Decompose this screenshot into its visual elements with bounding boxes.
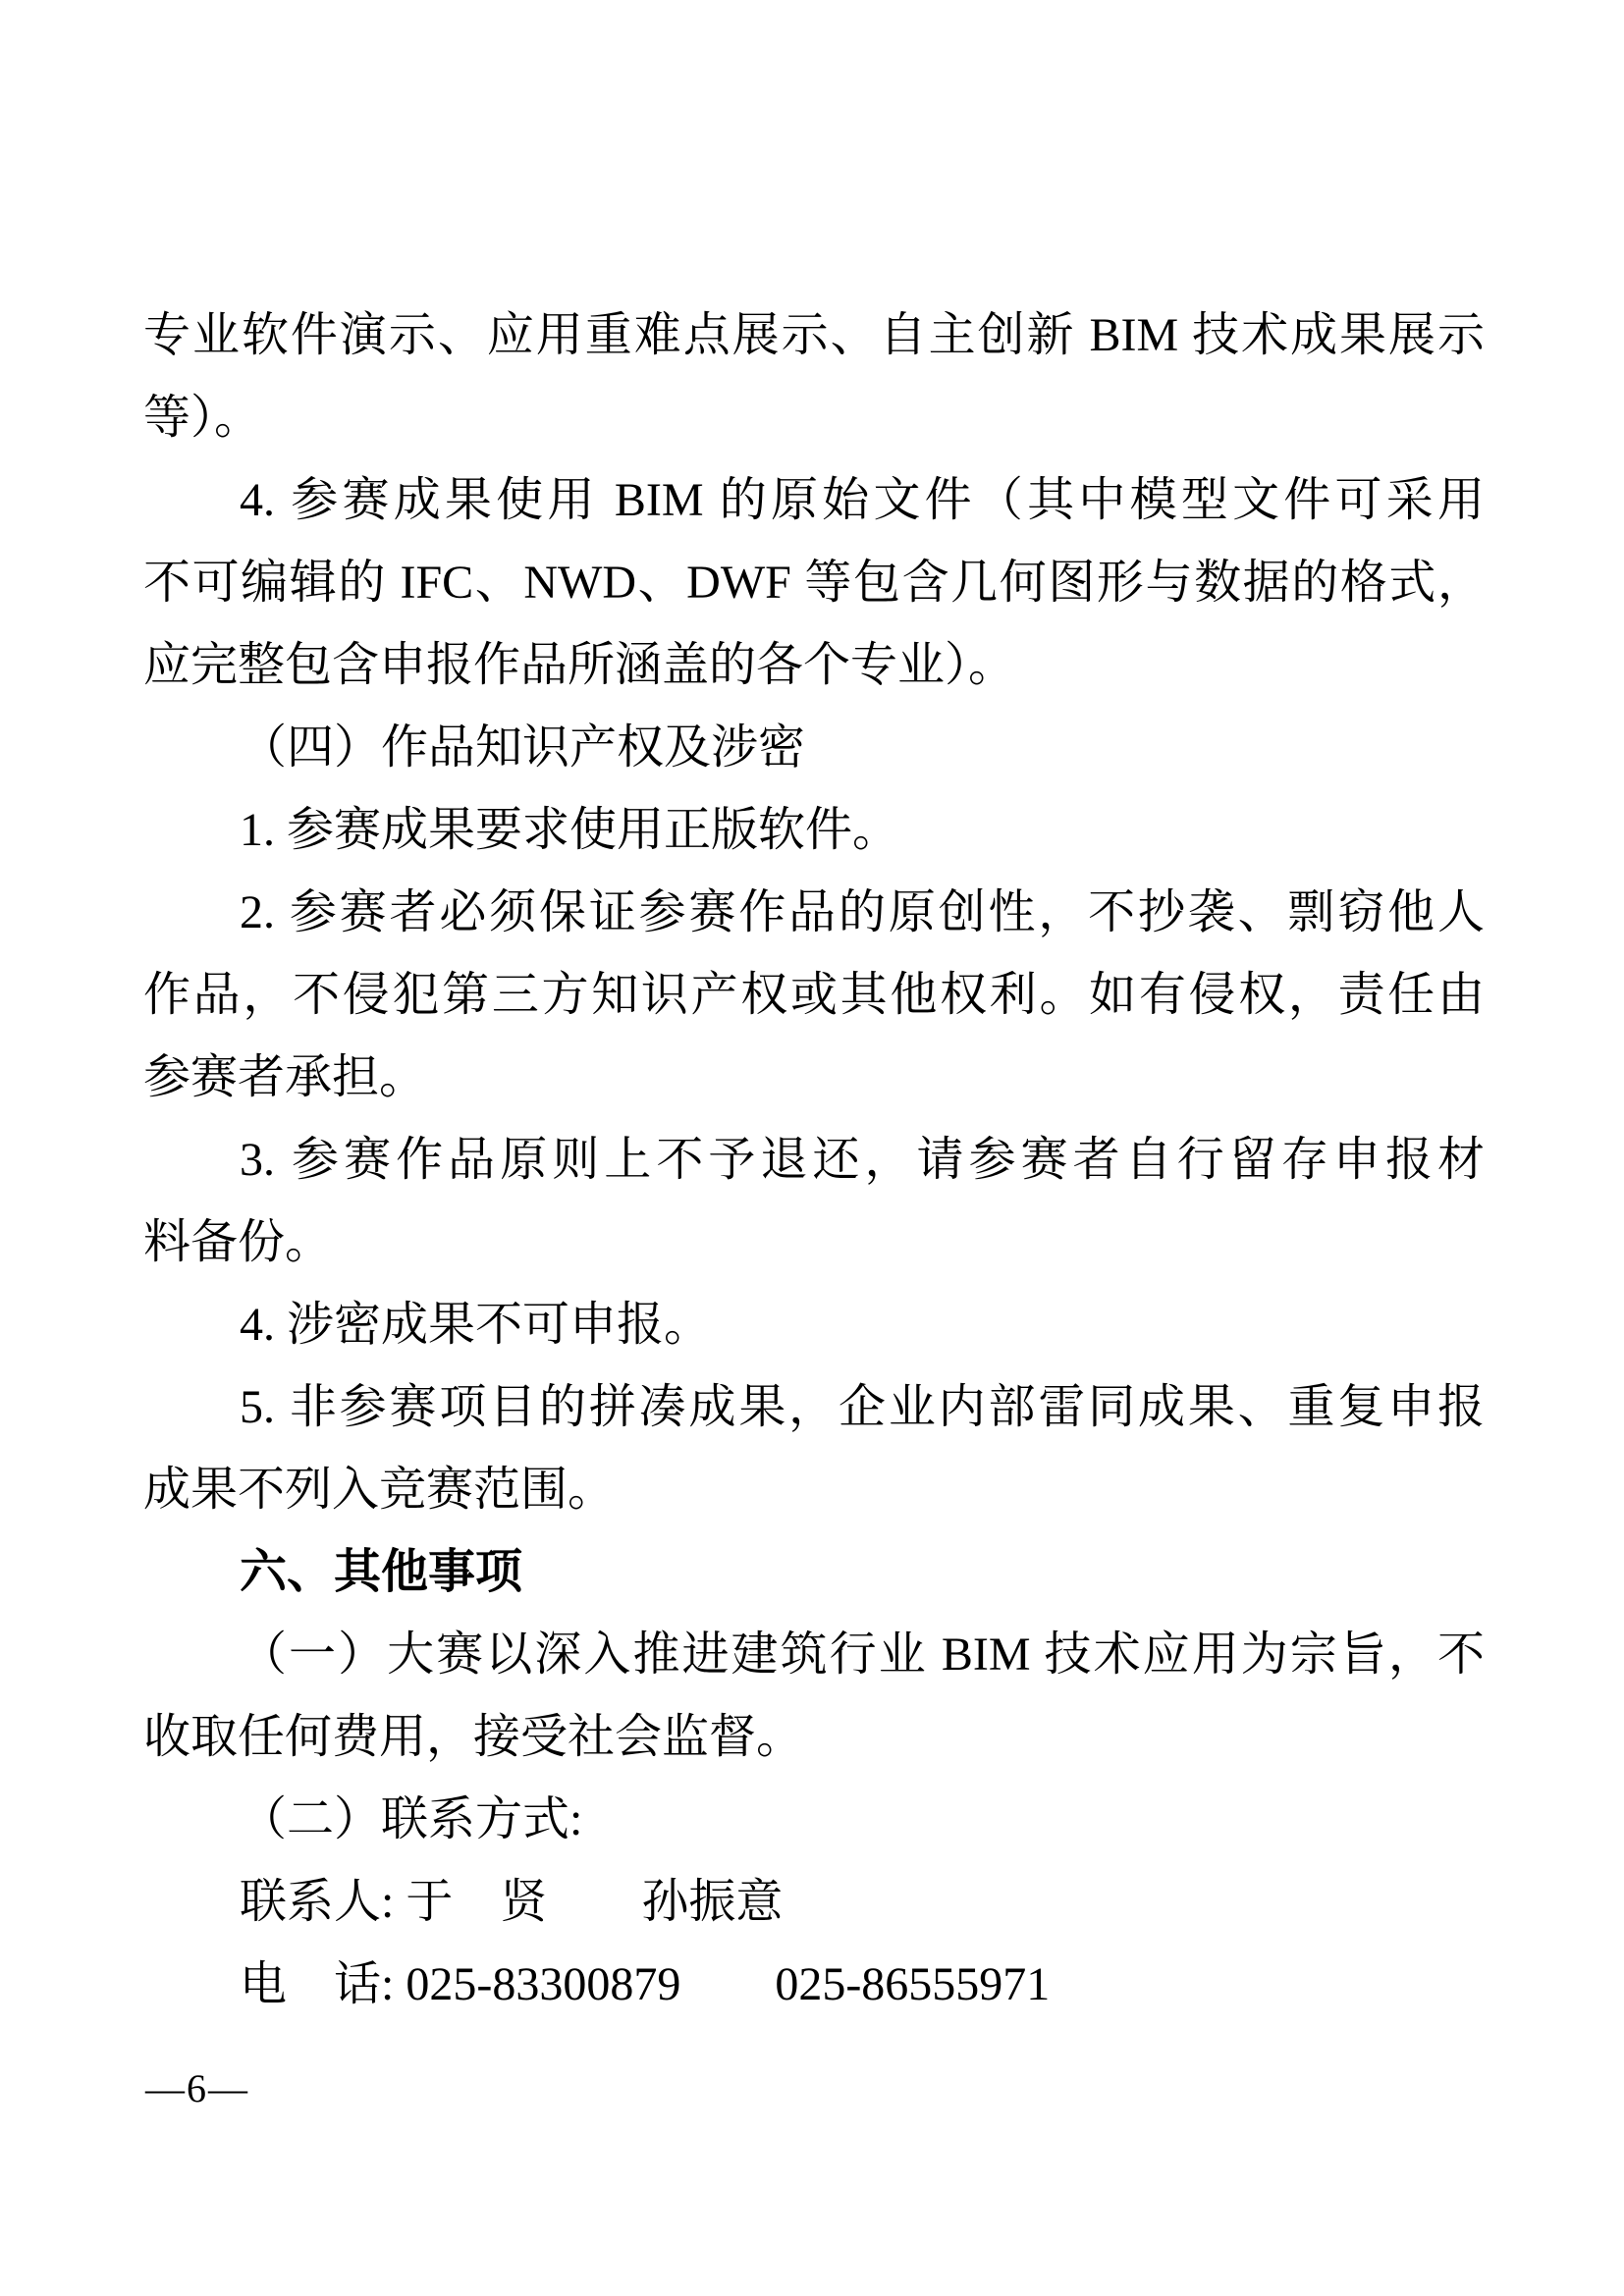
text-line: 3. 参赛作品原则上不予退还，请参赛者自行留存申报材 [143, 1119, 1485, 1201]
text-line: 1. 参赛成果要求使用正版软件。 [143, 789, 1485, 872]
page-number: —6— [145, 2059, 249, 2118]
text-line: 联系人: 于 贤 孙振意 [143, 1861, 1485, 1944]
text-line: 应完整包含申报作品所涵盖的各个专业）。 [143, 624, 1485, 707]
text-line: 作品，不侵犯第三方知识产权或其他权利。如有侵权，责任由 [143, 954, 1485, 1037]
text-line: 成果不列入竞赛范围。 [143, 1449, 1485, 1531]
text-line: 收取任何费用，接受社会监督。 [143, 1696, 1485, 1779]
document-body: 专业软件演示、应用重难点展示、自主创新 BIM 技术成果展示等）。4. 参赛成果… [143, 294, 1485, 2026]
section-heading: 六、其他事项 [143, 1531, 1485, 1614]
text-line: 不可编辑的 IFC、NWD、DWF 等包含几何图形与数据的格式， [143, 542, 1485, 624]
text-line: 5. 非参赛项目的拼凑成果，企业内部雷同成果、重复申报 [143, 1366, 1485, 1449]
document-page: 专业软件演示、应用重难点展示、自主创新 BIM 技术成果展示等）。4. 参赛成果… [0, 0, 1624, 2296]
text-line: 4. 参赛成果使用 BIM 的原始文件（其中模型文件可采用 [143, 459, 1485, 542]
text-line: 料备份。 [143, 1201, 1485, 1284]
text-line: 电 话: 025-83300879 025-86555971 [143, 1944, 1485, 2026]
text-line: 4. 涉密成果不可申报。 [143, 1284, 1485, 1366]
text-line: （一）大赛以深入推进建筑行业 BIM 技术应用为宗旨，不 [143, 1614, 1485, 1696]
text-line: 2. 参赛者必须保证参赛作品的原创性，不抄袭、剽窃他人 [143, 872, 1485, 954]
text-line: 专业软件演示、应用重难点展示、自主创新 BIM 技术成果展示 [143, 294, 1485, 377]
text-line: 参赛者承担。 [143, 1037, 1485, 1119]
text-line: （四）作品知识产权及涉密 [143, 707, 1485, 789]
text-line: 等）。 [143, 377, 1485, 459]
text-line: （二）联系方式: [143, 1779, 1485, 1861]
